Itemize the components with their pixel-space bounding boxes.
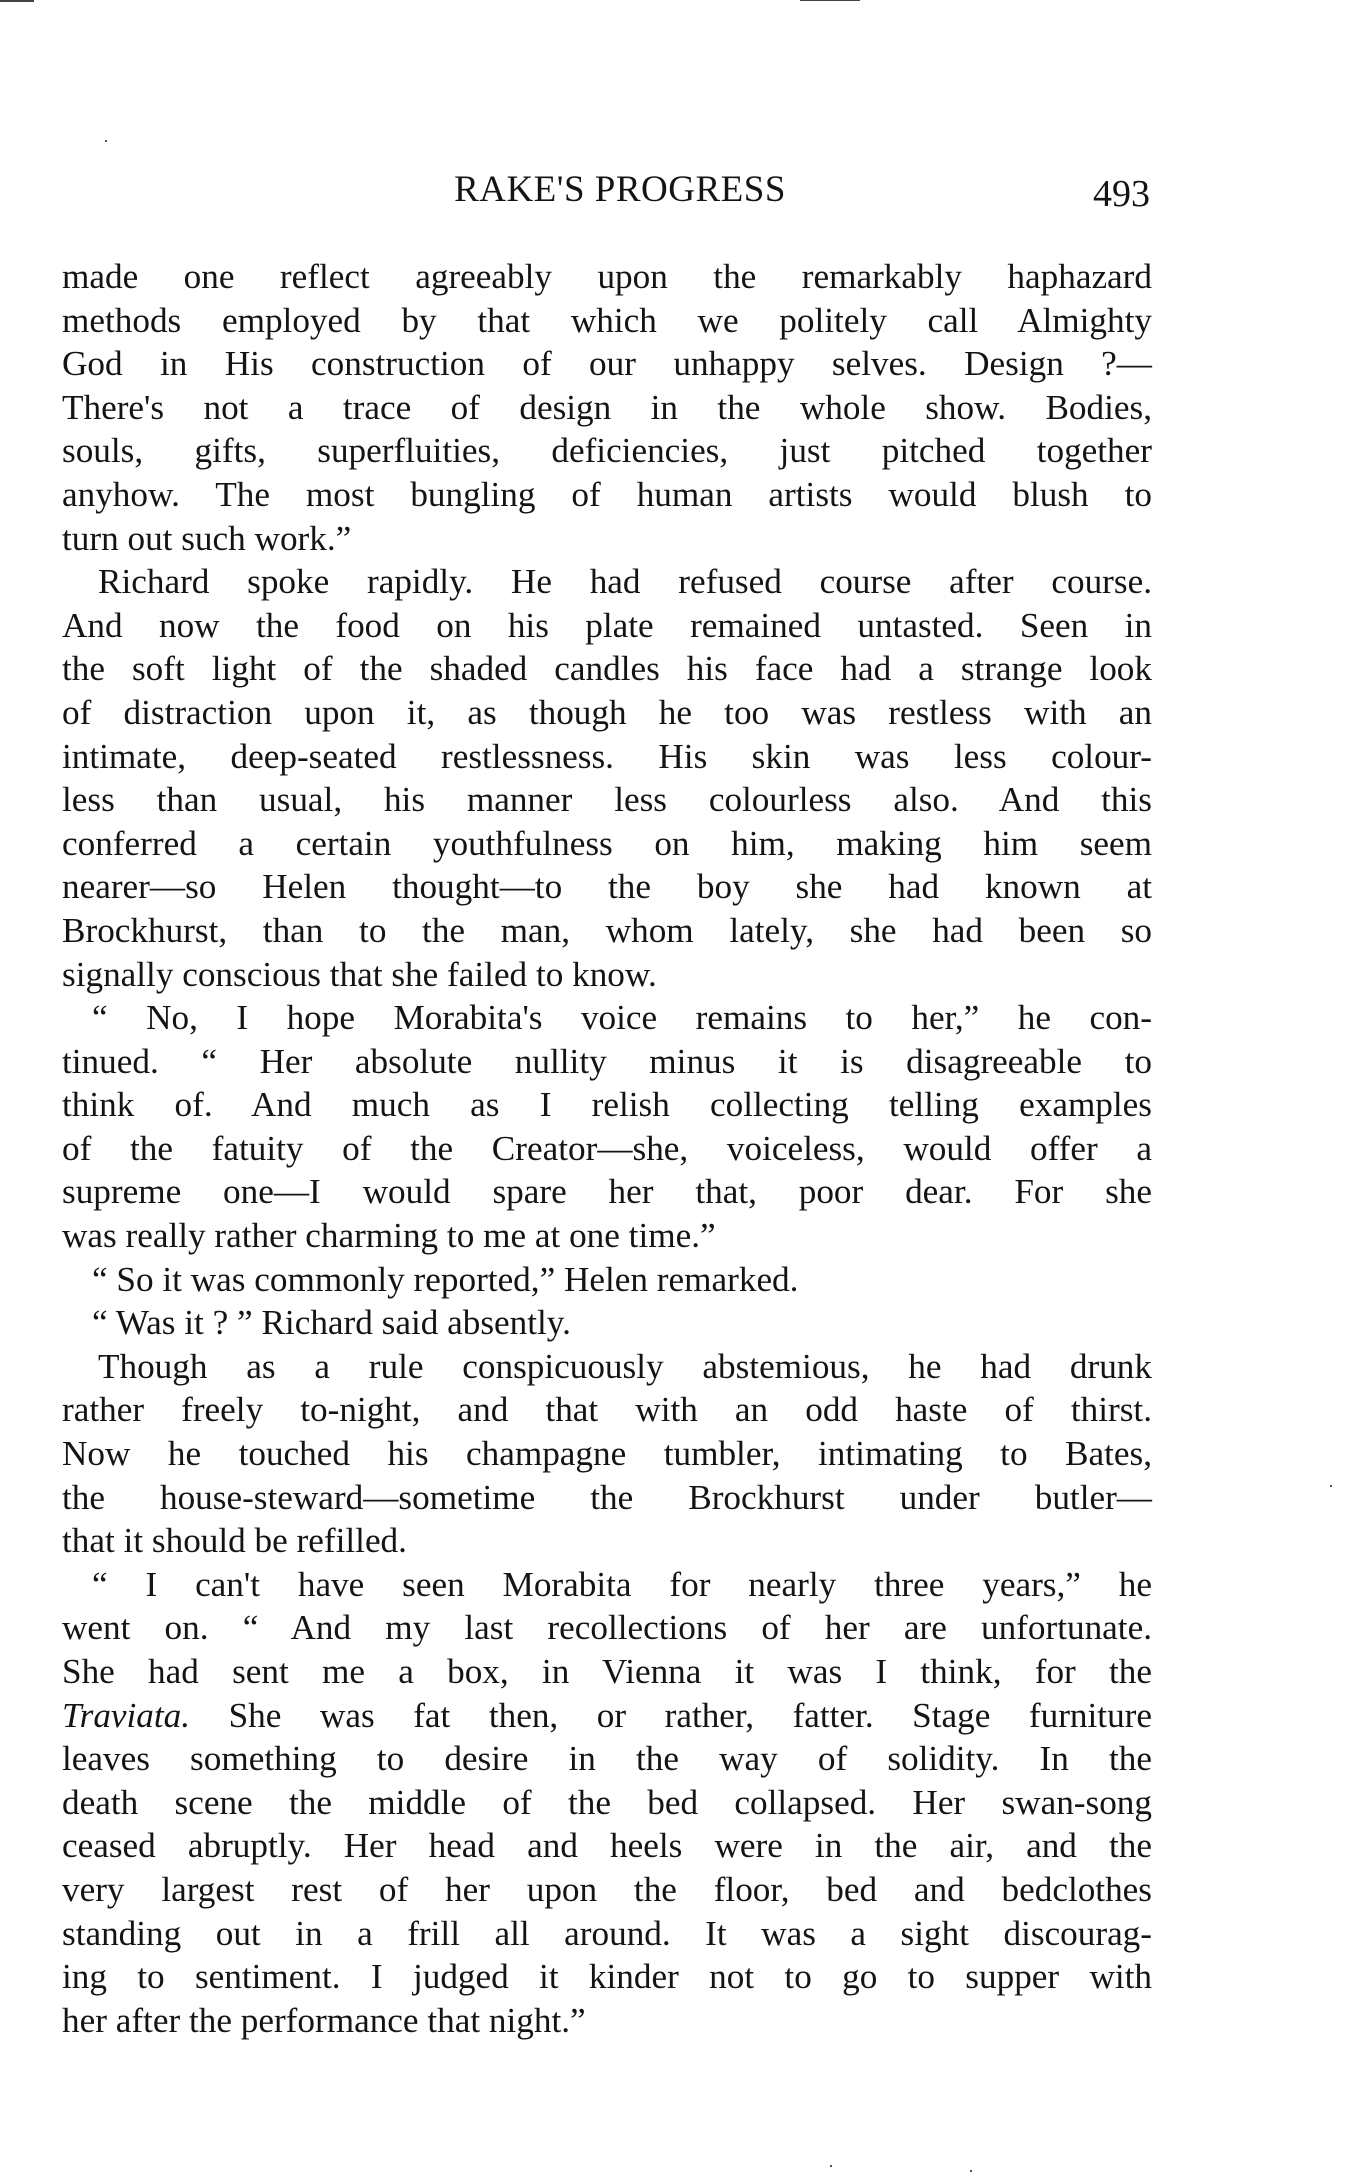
text-line: of distraction upon it, as though he too… — [62, 691, 1152, 735]
text-line: leaves something to desire in the way of… — [62, 1737, 1152, 1781]
text-line: made one reflect agreeably upon the rema… — [62, 255, 1152, 299]
text-line: anyhow. The most bungling of human artis… — [62, 473, 1152, 517]
text-line: of the fatuity of the Creator—she, voice… — [62, 1127, 1152, 1171]
text-line: tinued. “ Her absolute nullity minus it … — [62, 1040, 1152, 1084]
text-line: Traviata. She was fat then, or rather, f… — [62, 1694, 1152, 1738]
text-line: conferred a certain youthfulness on him,… — [62, 822, 1152, 866]
text-line: intimate, deep-seated restlessness. His … — [62, 735, 1152, 779]
text-line: was really rather charming to me at one … — [62, 1214, 1152, 1258]
text-line: her after the performance that night.” — [62, 1999, 1152, 2043]
scan-speck — [830, 2165, 832, 2167]
text-line: Now he touched his champagne tumbler, in… — [62, 1432, 1152, 1476]
body-text: made one reflect agreeably upon the rema… — [62, 255, 1152, 2042]
text-line: methods employed by that which we polite… — [62, 299, 1152, 343]
text-line: And now the food on his plate remained u… — [62, 604, 1152, 648]
running-title: RAKE'S PROGRESS — [62, 168, 1150, 211]
text-line: Though as a rule conspicuously abstemiou… — [62, 1345, 1152, 1389]
text-line: death scene the middle of the bed collap… — [62, 1781, 1152, 1825]
text-line: “ So it was commonly reported,” Helen re… — [62, 1258, 1152, 1302]
scan-speck — [970, 2170, 972, 2172]
text-line: “ I can't have seen Morabita for nearly … — [62, 1563, 1152, 1607]
text-line: ceased abruptly. Her head and heels were… — [62, 1824, 1152, 1868]
text-line: God in His construction of our unhappy s… — [62, 342, 1152, 386]
text-line: went on. “ And my last recollections of … — [62, 1606, 1152, 1650]
text-line: the soft light of the shaded candles his… — [62, 647, 1152, 691]
page-number: 493 — [1093, 172, 1150, 216]
text-line: “ Was it ? ” Richard said absently. — [62, 1301, 1152, 1345]
text-line: Brockhurst, than to the man, whom lately… — [62, 909, 1152, 953]
running-header: RAKE'S PROGRESS 493 — [62, 168, 1150, 214]
text-line: signally conscious that she failed to kn… — [62, 953, 1152, 997]
text-line: less than usual, his manner less colourl… — [62, 778, 1152, 822]
text-line: souls, gifts, superfluities, deficiencie… — [62, 429, 1152, 473]
text-line: rather freely to-night, and that with an… — [62, 1388, 1152, 1432]
text-line: turn out such work.” — [62, 517, 1152, 561]
scan-edge-mark — [0, 0, 34, 2]
text-line: the house-steward—sometime the Brockhurs… — [62, 1476, 1152, 1520]
scan-speck — [1330, 1485, 1332, 1487]
text-line: ing to sentiment. I judged it kinder not… — [62, 1955, 1152, 1999]
text-line: standing out in a frill all around. It w… — [62, 1912, 1152, 1956]
italic-title: Traviata. — [62, 1696, 190, 1735]
text-line: that it should be refilled. — [62, 1519, 1152, 1563]
text-line: Richard spoke rapidly. He had refused co… — [62, 560, 1152, 604]
text-line: think of. And much as I relish collectin… — [62, 1083, 1152, 1127]
text-line: There's not a trace of design in the who… — [62, 386, 1152, 430]
text-line: “ No, I hope Morabita's voice remains to… — [62, 996, 1152, 1040]
scan-speck — [105, 140, 107, 142]
text-line: very largest rest of her upon the floor,… — [62, 1868, 1152, 1912]
scan-edge-mark — [800, 0, 860, 1]
text-line: She had sent me a box, in Vienna it was … — [62, 1650, 1152, 1694]
text-line: supreme one—I would spare her that, poor… — [62, 1170, 1152, 1214]
text-line: nearer—so Helen thought—to the boy she h… — [62, 865, 1152, 909]
book-page: RAKE'S PROGRESS 493 made one reflect agr… — [0, 0, 1372, 2179]
